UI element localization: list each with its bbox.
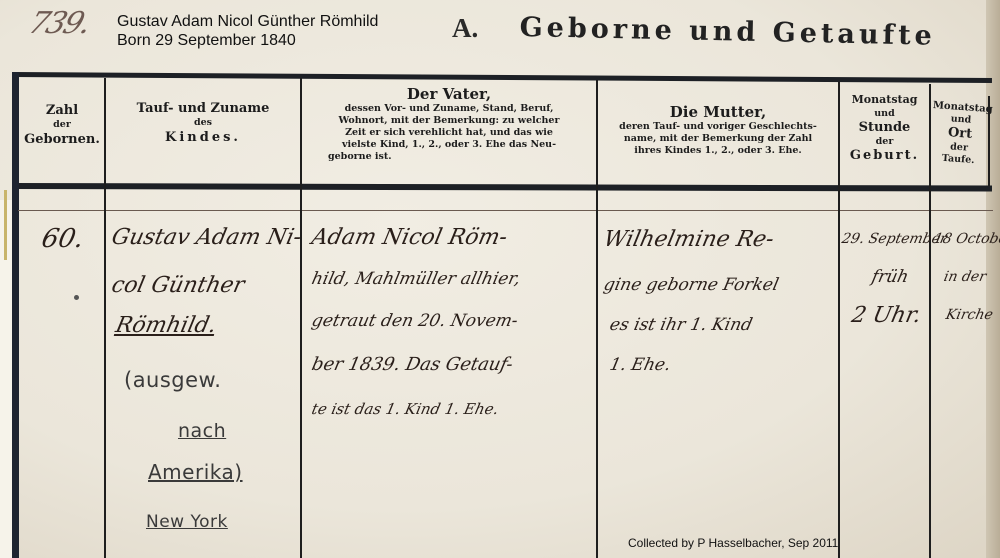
- header-sub: vielste Kind, 1., 2., oder 3. Ehe das Ne…: [302, 139, 596, 151]
- child-surname: Römhild.: [113, 310, 220, 341]
- child-name-line: Gustav Adam Ni-: [109, 222, 305, 253]
- header-sub: Wohnort, mit der Bemerkung: zu welcher: [302, 115, 596, 127]
- caption-overlay: Gustav Adam Nicol Günther Römhild Born 2…: [117, 12, 378, 50]
- section-title: Geborne und Getaufte: [519, 12, 936, 52]
- header-sub: dessen Vor- und Zuname, Stand, Beruf,: [302, 103, 596, 115]
- header-title: Tauf- und Zuname: [106, 100, 300, 117]
- section-letter: A.: [452, 13, 478, 44]
- baptism-line: Kirche: [943, 300, 996, 330]
- row-top-rule: [18, 210, 993, 211]
- header-bottom-rule: [14, 183, 992, 192]
- annotation-line: nach: [178, 420, 226, 442]
- father-line: getraut den 20. Novem-: [309, 306, 521, 336]
- header-sub: Stunde: [840, 120, 929, 136]
- header-title: Die Mutter,: [598, 104, 838, 121]
- annotation-line: Amerika): [148, 460, 243, 484]
- header-sub: Gebornen.: [20, 131, 104, 148]
- header-sub: und: [840, 108, 929, 120]
- father-line: Adam Nicol Röm-: [309, 222, 511, 253]
- birth-line: 2 Uhr.: [849, 300, 924, 331]
- header-father: Der Vater, dessen Vor- und Zuname, Stand…: [302, 86, 596, 163]
- father-line: te ist das 1. Kind 1. Ehe.: [309, 394, 502, 424]
- header-sub: des: [106, 117, 300, 129]
- header-baptism: Monatstag und Ort der Taufe.: [929, 100, 991, 168]
- page-number: 739.: [24, 6, 94, 41]
- caption-name: Gustav Adam Nicol Günther Römhild: [117, 12, 378, 31]
- mother-line: Wilhelmine Re-: [601, 224, 777, 255]
- header-mother: Die Mutter, deren Tauf- und voriger Gesc…: [598, 104, 838, 157]
- header-child-name: Tauf- und Zuname des Kindes.: [106, 100, 300, 146]
- credit-caption: Collected by P Hasselbacher, Sep 2011: [628, 536, 838, 550]
- header-sub: Geburt.: [840, 148, 929, 164]
- child-name-line: col Günther: [109, 270, 248, 301]
- header-birth: Monatstag und Stunde der Geburt.: [840, 92, 929, 164]
- header-title: Monatstag: [840, 92, 929, 108]
- father-line: ber 1839. Das Getauf-: [309, 350, 516, 380]
- mother-line: es ist ihr 1. Kind: [607, 310, 755, 340]
- caption-born: Born 29 September 1840: [117, 31, 378, 50]
- mother-line: gine geborne Forkel: [601, 270, 782, 300]
- table-left-border: [12, 72, 19, 558]
- birth-line: früh: [869, 262, 912, 292]
- header-title: Der Vater,: [302, 86, 596, 103]
- annotation-line: New York: [146, 512, 228, 532]
- binding-edge: [4, 190, 7, 260]
- header-sub: deren Tauf- und voriger Geschlechts-: [598, 121, 838, 133]
- header-sub: Zeit er sich verehlicht hat, und das wie: [302, 127, 596, 139]
- baptism-line: in der: [941, 262, 989, 292]
- column-divider: [104, 78, 106, 558]
- register-page: 739. Gustav Adam Nicol Günther Römhild B…: [0, 0, 1000, 558]
- header-title: Zahl: [20, 102, 104, 119]
- header-sub: der: [840, 136, 929, 148]
- father-line: hild, Mahlmüller allhier,: [309, 264, 523, 294]
- ink-dot: [74, 295, 79, 300]
- table-top-rule: [14, 72, 992, 83]
- baptism-line: 18 October: [931, 224, 1000, 254]
- annotation-line: (ausgew.: [124, 368, 222, 392]
- header-sub: geborne ist.: [302, 151, 596, 163]
- page-edge: [986, 0, 1000, 558]
- header-sub: Kindes.: [106, 129, 300, 146]
- header-sub: ihres Kindes 1., 2., oder 3. Ehe.: [598, 145, 838, 157]
- header-sub: der: [20, 119, 104, 131]
- header-zahl: Zahl der Gebornen.: [20, 102, 104, 148]
- entry-number: 60.: [39, 224, 87, 255]
- header-sub: name, mit der Bemerkung der Zahl: [598, 133, 838, 145]
- mother-line: 1. Ehe.: [607, 350, 674, 380]
